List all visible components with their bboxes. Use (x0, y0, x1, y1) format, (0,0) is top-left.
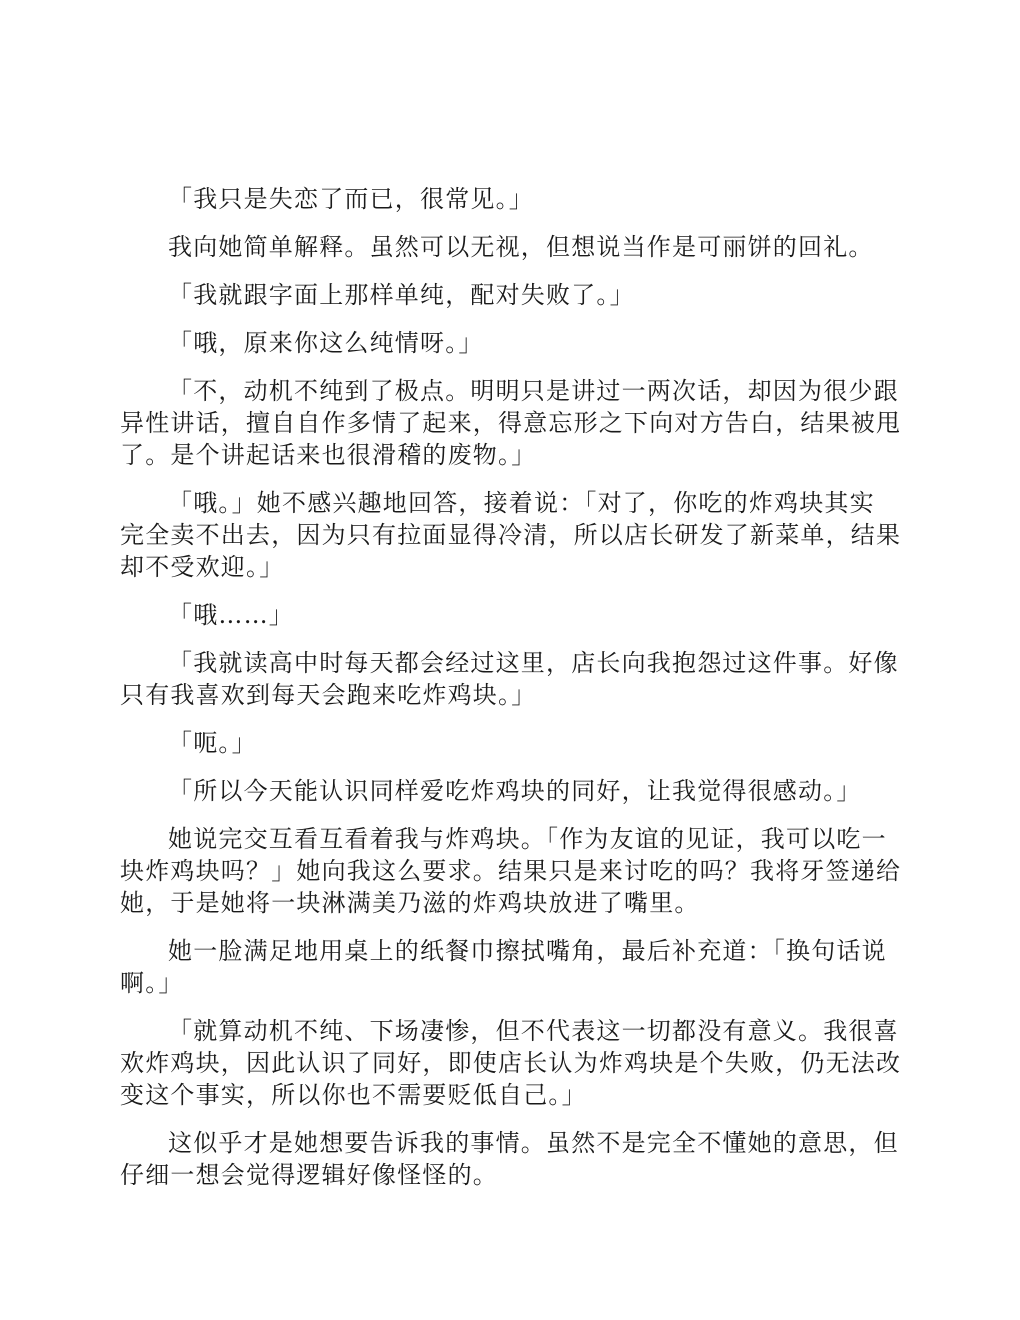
text-line: 「哦，原来你这么纯情呀。」 (120, 327, 900, 359)
document-page: 「我只是失恋了而已，很常见。」 我向她简单解释。虽然可以无视，但想说当作是可丽饼… (120, 183, 900, 1207)
text-line: 只有我喜欢到每天会跑来吃炸鸡块。」 (120, 679, 900, 711)
text-line: 啊。」 (120, 967, 900, 999)
text-line: 「呃。」 (120, 727, 900, 759)
text-line: 「就算动机不纯、下场凄惨，但不代表这一切都没有意义。我很喜 (120, 1015, 900, 1047)
text-line: 「不，动机不纯到了极点。明明只是讲过一两次话，却因为很少跟 (120, 375, 900, 407)
paragraph-3: 「我就跟字面上那样单纯，配对失败了。」 (120, 279, 900, 311)
text-line: 却不受欢迎。」 (120, 551, 900, 583)
paragraph-1: 「我只是失恋了而已，很常见。」 (120, 183, 900, 215)
paragraph-9: 「呃。」 (120, 727, 900, 759)
text-line: 「哦。」她不感兴趣地回答，接着说：「对了，你吃的炸鸡块其实 (120, 487, 900, 519)
text-line: 我向她简单解释。虽然可以无视，但想说当作是可丽饼的回礼。 (120, 231, 900, 263)
text-line: 「所以今天能认识同样爱吃炸鸡块的同好，让我觉得很感动。」 (120, 775, 900, 807)
text-line: 「我就跟字面上那样单纯，配对失败了。」 (120, 279, 900, 311)
text-line: 她说完交互看互看着我与炸鸡块。「作为友谊的见证，我可以吃一 (120, 823, 900, 855)
text-line: 她一脸满足地用桌上的纸餐巾擦拭嘴角，最后补充道：「换句话说 (120, 935, 900, 967)
text-line: 这似乎才是她想要告诉我的事情。虽然不是完全不懂她的意思，但 (120, 1127, 900, 1159)
paragraph-11: 她说完交互看互看着我与炸鸡块。「作为友谊的见证，我可以吃一 块炸鸡块吗？」她向我… (120, 823, 900, 919)
text-line: 欢炸鸡块，因此认识了同好，即使店长认为炸鸡块是个失败，仍无法改 (120, 1047, 900, 1079)
text-line: 仔细一想会觉得逻辑好像怪怪的。 (120, 1159, 900, 1191)
paragraph-10: 「所以今天能认识同样爱吃炸鸡块的同好，让我觉得很感动。」 (120, 775, 900, 807)
paragraph-6: 「哦。」她不感兴趣地回答，接着说：「对了，你吃的炸鸡块其实 完全卖不出去，因为只… (120, 487, 900, 583)
text-line: 块炸鸡块吗？」她向我这么要求。结果只是来讨吃的吗？我将牙签递给 (120, 855, 900, 887)
paragraph-13: 「就算动机不纯、下场凄惨，但不代表这一切都没有意义。我很喜 欢炸鸡块，因此认识了… (120, 1015, 900, 1111)
paragraph-7: 「哦……」 (120, 599, 900, 631)
text-line: 「哦……」 (120, 599, 900, 631)
text-line: 完全卖不出去，因为只有拉面显得冷清，所以店长研发了新菜单，结果 (120, 519, 900, 551)
text-line: 她，于是她将一块淋满美乃滋的炸鸡块放进了嘴里。 (120, 887, 900, 919)
paragraph-8: 「我就读高中时每天都会经过这里，店长向我抱怨过这件事。好像 只有我喜欢到每天会跑… (120, 647, 900, 711)
text-line: 变这个事实，所以你也不需要贬低自己。」 (120, 1079, 900, 1111)
text-line: 了。是个讲起话来也很滑稽的废物。」 (120, 439, 900, 471)
paragraph-2: 我向她简单解释。虽然可以无视，但想说当作是可丽饼的回礼。 (120, 231, 900, 263)
paragraph-12: 她一脸满足地用桌上的纸餐巾擦拭嘴角，最后补充道：「换句话说 啊。」 (120, 935, 900, 999)
paragraph-4: 「哦，原来你这么纯情呀。」 (120, 327, 900, 359)
paragraph-14: 这似乎才是她想要告诉我的事情。虽然不是完全不懂她的意思，但 仔细一想会觉得逻辑好… (120, 1127, 900, 1191)
text-line: 异性讲话，擅自自作多情了起来，得意忘形之下向对方告白，结果被甩 (120, 407, 900, 439)
text-line: 「我只是失恋了而已，很常见。」 (120, 183, 900, 215)
paragraph-5: 「不，动机不纯到了极点。明明只是讲过一两次话，却因为很少跟 异性讲话，擅自自作多… (120, 375, 900, 471)
text-line: 「我就读高中时每天都会经过这里，店长向我抱怨过这件事。好像 (120, 647, 900, 679)
